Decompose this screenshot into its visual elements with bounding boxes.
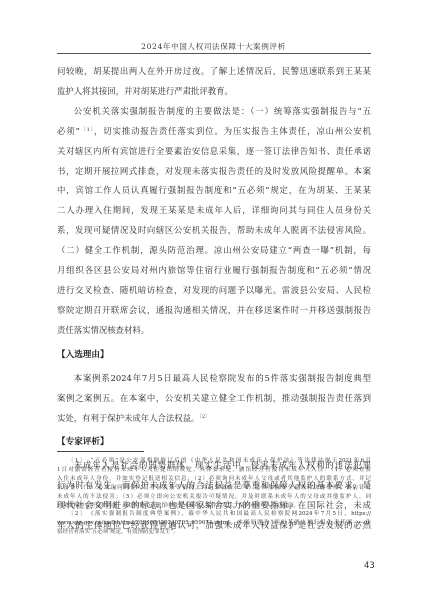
paragraph-4: 本案例系2024年7月5日最高人民检察院发布的5件落实强制报告制度典型 案例之案…	[57, 369, 371, 429]
footnote-divider	[57, 451, 144, 452]
text-line: 月组织各区县公安局对州内旅馆等住宿行业履行强制报告制度和“五必须”情况	[57, 261, 371, 281]
text-line: 察院定期召开联席会议，通报沟通相关情况，并在移送案件时一并移送强制报告	[57, 301, 371, 321]
running-head-title: 2024年中国人权司法保障十大案例评析	[57, 41, 370, 52]
text-line: 监护人将其接回，并对胡某进行严肃批评教育。	[57, 82, 371, 102]
footnote-line: 未成年人的不法侵害；（5）必须立即向公安机关报告可疑情况，并及时联系未成年人的父…	[57, 493, 371, 502]
footnote-line: 1日对旅馆经营者接待未成年人入住提出的规定。具体要求是，旅馆经营者接待未成年人入…	[57, 466, 371, 475]
section-title-expert: 【专家评析】	[57, 432, 371, 452]
text-line: 关对辖区内所有宾馆进行全要素治安信息采集，逐一签订法律告知书、责任承诺	[57, 142, 371, 162]
text-line-with-footnote: 实处，有利于保护未成年人合法权益。〔2〕	[57, 409, 371, 429]
footnote-1: 〔1〕 “五必须”是公安部根据修订后的《中华人民共和国未成年人保护法》等法律法规…	[57, 457, 371, 510]
text-line: 书，定期开展拉网式排查，对发现未落实报告责任的及时发放风险提醒单。本案	[57, 162, 371, 182]
text-fragment: ，切实推动报告责任落实到位。为压实报告主体责任，凉山州公安机	[94, 126, 371, 136]
footnote-ref-1[interactable]: 〔1〕	[80, 127, 94, 133]
text-line: 本案例系2024年7月5日最高人民检察院发布的5件落实强制报告制度典型	[57, 369, 371, 389]
footnote-line: 宿经营者落实‘五必须’规定，有效预防犯罪发生”。	[57, 528, 371, 537]
text-fragment: 必须”	[57, 126, 80, 136]
text-line: 公安机关落实强制报告制度的主要做法是：（一）统筹落实强制报告与“五	[57, 102, 371, 122]
text-line: 二人办理入住期间，发现王某某是未成年人后，详细询问其与同住人员身份关	[57, 201, 371, 221]
footnote-2: 〔2〕 《落实强制报告制度典型案例》，载中华人民共和国最高人民检察院网2024年…	[57, 510, 371, 537]
text-fragment: 实处，有利于保护未成年人合法权益。	[57, 413, 199, 423]
text-line: 进行交叉检查、随机暗访检查，对发现的问题予以曝光。雷波县公安局、人民检	[57, 281, 371, 301]
text-line: 案例之案例五。在本案中，公安机关建立健全工作机制，推动强制报告责任落到	[57, 389, 371, 409]
text-line: 问较晚，胡某提出两人在外开房过夜。了解上述情况后，民警迅速联系到王某某	[57, 62, 371, 82]
paragraph-2: 公安机关落实强制报告制度的主要做法是：（一）统筹落实强制报告与“五 必须”〔1〕…	[57, 102, 371, 241]
footnote-ref-2[interactable]: 〔2〕	[199, 414, 210, 420]
text-line: 中，宾馆工作人员认真履行强制报告制度和“五必须”规定，在为胡某、王某某	[57, 181, 371, 201]
page-number: 43	[364, 561, 375, 571]
paragraph-3: （二）健全工作机制，源头防范治理。凉山州公安局建立“两查一曝”机制，每 月组织各…	[57, 241, 371, 341]
footnote-line: 录备查；（3）必须询问同住人员身份关系等情况，并记录备查；（4）必须加强安全巡查…	[57, 484, 371, 493]
text-line-with-footnote: 必须”〔1〕，切实推动报告责任落实到位。为压实报告主体责任，凉山州公安机	[57, 122, 371, 142]
text-line: （二）健全工作机制，源头防范治理。凉山州公安局建立“两查一曝”机制，每	[57, 241, 371, 261]
section-title-reason: 【入选理由】	[57, 345, 371, 365]
text-line: 系，发现可疑情况及时向辖区公安机关报告，帮助未成年人脱离不法侵害风险。	[57, 221, 371, 241]
footnote-line: 入住未成年人身份，并如实登记报送相关信息；（2）必须询问未成年人父母或者其他监护…	[57, 475, 371, 484]
footnotes: 〔1〕 “五必须”是公安部根据修订后的《中华人民共和国未成年人保护法》等法律法规…	[57, 457, 371, 537]
footnote-line: www.spp.gov.cn/xwfbh/dxal/202407/t202407…	[57, 519, 371, 528]
paragraph-1: 问较晚，胡某提出两人在外开房过夜。了解上述情况后，民警迅速联系到王某某 监护人将…	[57, 62, 371, 102]
header-divider	[57, 53, 371, 54]
footnote-line: 时采取相应安全保护措施，以切实防范在旅馆中侵害未成年人案件的发生，保护未成年人身…	[57, 502, 371, 511]
text-line: 责任落实情况核查材料。	[57, 321, 371, 341]
footnote-line: 〔1〕 “五必须”是公安部根据修订后的《中华人民共和国未成年人保护法》等法律法规…	[57, 457, 371, 466]
footnote-line: 〔2〕 《落实强制报告制度典型案例》，载中华人民共和国最高人民检察院网2024年…	[57, 510, 371, 519]
